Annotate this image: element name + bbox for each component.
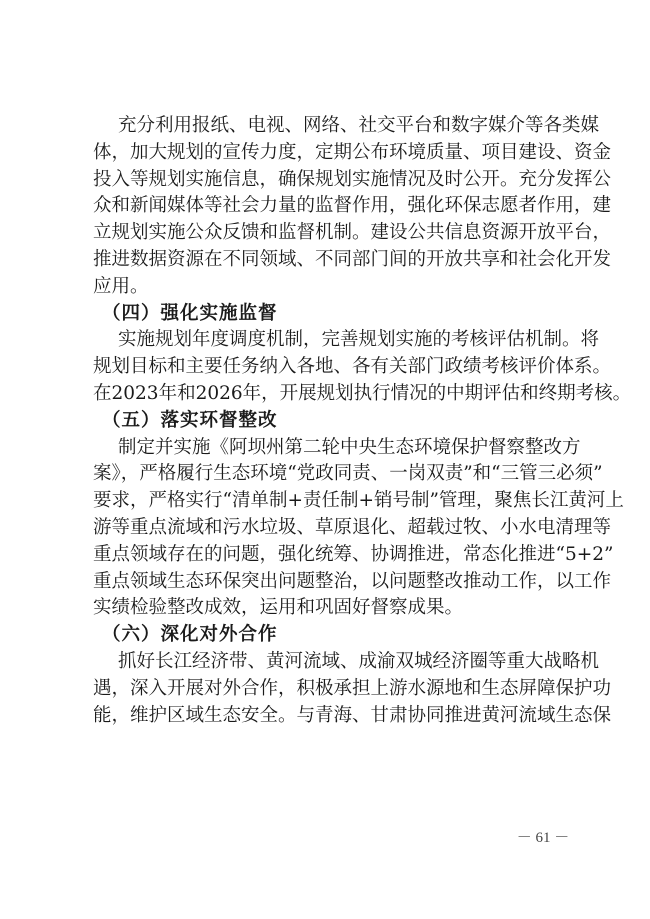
text-line: 推进数据资源在不同领域、不同部门间的开放共享和社会化开发	[93, 247, 565, 274]
text-line: 体，加大规划的宣传力度，定期公布环境质量、项目建设、资金	[93, 140, 565, 167]
text-line: 实施规划年度调度机制，完善规划实施的考核评估机制。将	[93, 327, 565, 354]
text-line: 实绩检验整改成效，运用和巩固好督察成果。	[93, 595, 565, 622]
section-heading-4: （四）强化实施监督	[93, 301, 565, 328]
text-line: 应用。	[93, 274, 565, 301]
text-line: 投入等规划实施信息，确保规划实施情况及时公开。充分发挥公	[93, 167, 565, 194]
text-line: 充分利用报纸、电视、网络、社交平台和数字媒介等各类媒	[93, 113, 565, 140]
text-line: 规划目标和主要任务纳入各地、各有关部门政绩考核评价体系。	[93, 354, 565, 381]
text-line: 制定并实施《阿坝州第二轮中央生态环境保护督察整改方	[93, 435, 565, 462]
text-line: 众和新闻媒体等社会力量的监督作用，强化环保志愿者作用，建	[93, 193, 565, 220]
text-line: 抓好长江经济带、黄河流域、成渝双城经济圈等重大战略机	[93, 649, 565, 676]
section-heading-5: （五）落实环督整改	[93, 408, 565, 435]
text-line: 游等重点流域和污水垃圾、草原退化、超载过牧、小水电清理等	[93, 515, 565, 542]
page-number: － 61 －	[513, 826, 573, 847]
paragraph-cooperation: 抓好长江经济带、黄河流域、成渝双城经济圈等重大战略机 遇，深入开展对外合作，积极…	[93, 649, 565, 729]
text-line: 能，维护区域生态安全。与青海、甘肃协同推进黄河流域生态保	[93, 703, 565, 730]
section-heading-6: （六）深化对外合作	[93, 622, 565, 649]
text-line: 要求，严格实行“清单制+责任制+销号制”管理，聚焦长江黄河上	[93, 488, 565, 515]
text-line: 案》，严格履行生态环境“党政同责、一岗双责”和“三管三必须”	[93, 461, 565, 488]
paragraph-rectification: 制定并实施《阿坝州第二轮中央生态环境保护督察整改方 案》，严格履行生态环境“党政…	[93, 435, 565, 623]
text-line: 重点领域存在的问题，强化统筹、协调推进，常态化推进“5+2”	[93, 542, 565, 569]
document-page: 充分利用报纸、电视、网络、社交平台和数字媒介等各类媒 体，加大规划的宣传力度，定…	[0, 0, 650, 919]
paragraph-publicity: 充分利用报纸、电视、网络、社交平台和数字媒介等各类媒 体，加大规划的宣传力度，定…	[93, 113, 565, 301]
document-body: 充分利用报纸、电视、网络、社交平台和数字媒介等各类媒 体，加大规划的宣传力度，定…	[93, 113, 565, 729]
text-line: 重点领域生态环保突出问题整治，以问题整改推动工作，以工作	[93, 569, 565, 596]
text-line: 立规划实施公众反馈和监督机制。建设公共信息资源开放平台，	[93, 220, 565, 247]
paragraph-supervision: 实施规划年度调度机制，完善规划实施的考核评估机制。将 规划目标和主要任务纳入各地…	[93, 327, 565, 407]
text-line: 遇，深入开展对外合作，积极承担上游水源地和生态屏障保护功	[93, 676, 565, 703]
text-line: 在2023年和2026年，开展规划执行情况的中期评估和终期考核。	[93, 381, 565, 408]
